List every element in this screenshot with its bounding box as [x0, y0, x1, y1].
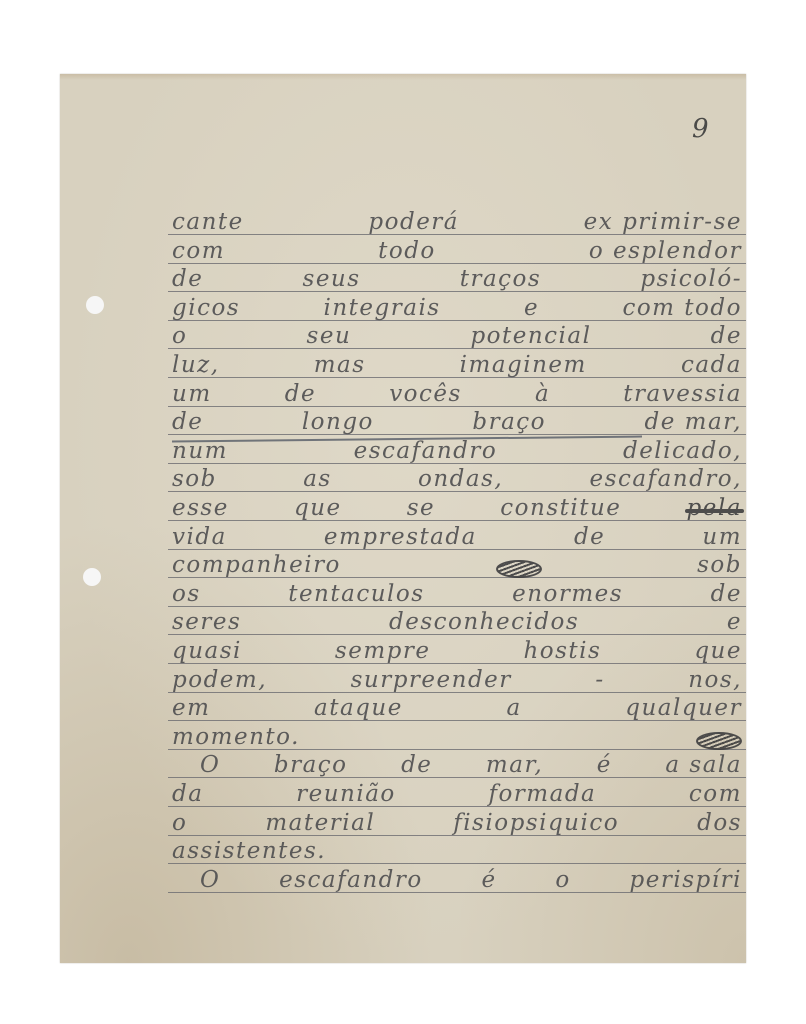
handwritten-word: sempre — [335, 638, 431, 664]
handwritten-word: um — [702, 524, 742, 550]
handwritten-word: gicos — [172, 295, 240, 321]
handwritten-word: o esplendor — [589, 238, 742, 264]
handwritten-word: escafandro — [279, 867, 423, 893]
struck-out-scribble — [496, 560, 542, 578]
handwritten-word: mar, — [486, 752, 543, 778]
handwritten-word: perispíri — [630, 867, 742, 893]
manuscript-line: umdevocêsàtravessia — [172, 379, 742, 407]
handwritten-word: de — [285, 381, 316, 407]
handwritten-word: escafandro — [354, 438, 498, 464]
manuscript-line: dareuniãoformadacom — [172, 779, 742, 807]
handwritten-word: pela — [687, 495, 742, 521]
handwritten-word: tentaculos — [288, 581, 424, 607]
handwritten-word: quasi — [172, 638, 242, 664]
handwritten-word: com — [689, 781, 742, 807]
handwritten-word: o — [172, 810, 187, 836]
handwritten-word: seus — [303, 266, 361, 292]
handwritten-word: num — [172, 438, 228, 464]
handwritten-word: companheiro — [172, 552, 341, 578]
handwritten-word: psicoló- — [640, 266, 742, 292]
manuscript-line: comtodoo esplendor — [172, 236, 742, 264]
handwritten-word: hostis — [523, 638, 601, 664]
handwritten-word: desconhecidos — [389, 609, 579, 635]
handwritten-word: que — [294, 495, 342, 521]
manuscript-line: Obraçodemar,éa sala — [172, 750, 742, 778]
manuscript-line: deseustraçospsicoló- — [172, 264, 742, 292]
handwritten-word: o — [555, 867, 570, 893]
handwritten-word: todo — [378, 238, 436, 264]
handwritten-word: dos — [697, 810, 742, 836]
handwritten-word: seres — [172, 609, 241, 635]
handwritten-word: potencial — [470, 323, 591, 349]
handwritten-word: em — [172, 695, 210, 721]
handwritten-word: imaginem — [460, 352, 587, 378]
handwritten-word: ataque — [314, 695, 403, 721]
handwritten-word: - — [595, 667, 604, 693]
handwritten-word: é — [482, 867, 497, 893]
manuscript-line: omaterialfisiopsiquicodos — [172, 808, 742, 836]
handwritten-word: emprestada — [324, 524, 477, 550]
handwritten-word: se — [407, 495, 435, 521]
manuscript-line: luz,masimaginemcada — [172, 350, 742, 378]
handwritten-word: esse — [172, 495, 229, 521]
handwritten-word: qualquer — [625, 695, 742, 721]
manuscript-line: vidaemprestadadeum — [172, 522, 742, 550]
handwritten-word: integrais — [323, 295, 440, 321]
manuscript-line: numescafandrodelicado, — [172, 436, 742, 464]
handwritten-word: momento. — [172, 724, 300, 750]
handwritten-word: de — [172, 266, 203, 292]
handwritten-word: formada — [488, 781, 596, 807]
manuscript-line: assistentes. — [172, 836, 742, 864]
handwritten-word: cada — [681, 352, 742, 378]
handwritten-word: com todo — [622, 295, 742, 321]
handwritten-word: delicado, — [623, 438, 742, 464]
handwritten-word: da — [172, 781, 203, 807]
handwritten-word: sob — [172, 466, 217, 492]
manuscript-line: delongobraçode mar, — [172, 407, 742, 435]
handwritten-word: vocês — [389, 381, 462, 407]
handwritten-word: O — [200, 867, 220, 893]
handwritten-word: braço — [472, 409, 546, 435]
handwritten-word: de mar, — [645, 409, 742, 435]
handwritten-word: constitue — [500, 495, 621, 521]
manuscript-line: sobasondas,escafandro, — [172, 464, 742, 492]
handwritten-word: material — [265, 810, 375, 836]
handwritten-word: longo — [302, 409, 374, 435]
handwritten-word: os — [172, 581, 201, 607]
handwritten-word: luz, — [172, 352, 220, 378]
handwritten-word: mas — [314, 352, 366, 378]
handwritten-word: braço — [274, 752, 348, 778]
handwritten-word: de — [574, 524, 605, 550]
binder-hole-bottom — [83, 568, 101, 586]
handwritten-word: o — [172, 323, 187, 349]
handwritten-word: cante — [172, 209, 244, 235]
handwritten-word: a — [506, 695, 521, 721]
handwritten-word: seu — [307, 323, 352, 349]
handwritten-word: um — [172, 381, 212, 407]
handwritten-word: escafandro, — [590, 466, 742, 492]
handwritten-word: à — [535, 381, 550, 407]
handwritten-word: vida — [172, 524, 227, 550]
handwritten-word: de — [711, 323, 742, 349]
manuscript-line: companheirosob — [172, 550, 742, 578]
handwritten-word: poderá — [368, 209, 459, 235]
handwritten-word: assistentes. — [172, 838, 326, 864]
manuscript-line: Oescafandroéoperispíri — [172, 865, 742, 893]
manuscript-line: cantepoderáex primir-se — [172, 207, 742, 235]
manuscript-line: oseupotencialde — [172, 321, 742, 349]
handwritten-word: ex primir-se — [584, 209, 742, 235]
handwritten-word: com — [172, 238, 225, 264]
handwritten-word: as — [303, 466, 332, 492]
handwritten-word: surpreender — [351, 667, 512, 693]
handwritten-word: ondas, — [418, 466, 503, 492]
handwritten-word: que — [694, 638, 742, 664]
handwritten-word: enormes — [512, 581, 623, 607]
manuscript-line: essequeseconstituepela — [172, 493, 742, 521]
handwritten-word: O — [200, 752, 220, 778]
handwritten-word: nos, — [688, 667, 742, 693]
manuscript-line: podem,surpreender-nos, — [172, 665, 742, 693]
manuscript-line: gicosintegraisecom todo — [172, 293, 742, 321]
manuscript-line: seresdesconhecidose — [172, 607, 742, 635]
handwritten-word: traços — [460, 266, 541, 292]
page-number: 9 — [692, 114, 709, 144]
struck-out-scribble — [696, 732, 742, 750]
manuscript-page: 9 cantepoderáex primir-secomtodoo esplen… — [60, 74, 746, 963]
handwritten-word: reunião — [296, 781, 396, 807]
handwritten-word: de — [711, 581, 742, 607]
handwritten-word: de — [172, 409, 203, 435]
binder-hole-top — [86, 296, 104, 314]
manuscript-line: emataqueaqualquer — [172, 693, 742, 721]
manuscript-line: quasisemprehostisque — [172, 636, 742, 664]
manuscript-line: ostentaculosenormesde — [172, 579, 742, 607]
handwritten-word: podem, — [172, 667, 267, 693]
handwritten-word: e — [524, 295, 539, 321]
handwritten-word: travessia — [623, 381, 742, 407]
manuscript-line: momento. — [172, 722, 742, 750]
handwritten-word: fisiopsiquico — [453, 810, 619, 836]
handwritten-word: é — [597, 752, 612, 778]
handwritten-word: a sala — [665, 752, 742, 778]
handwritten-word: e — [727, 609, 742, 635]
handwritten-word: sob — [697, 552, 742, 578]
handwritten-word: de — [401, 752, 432, 778]
